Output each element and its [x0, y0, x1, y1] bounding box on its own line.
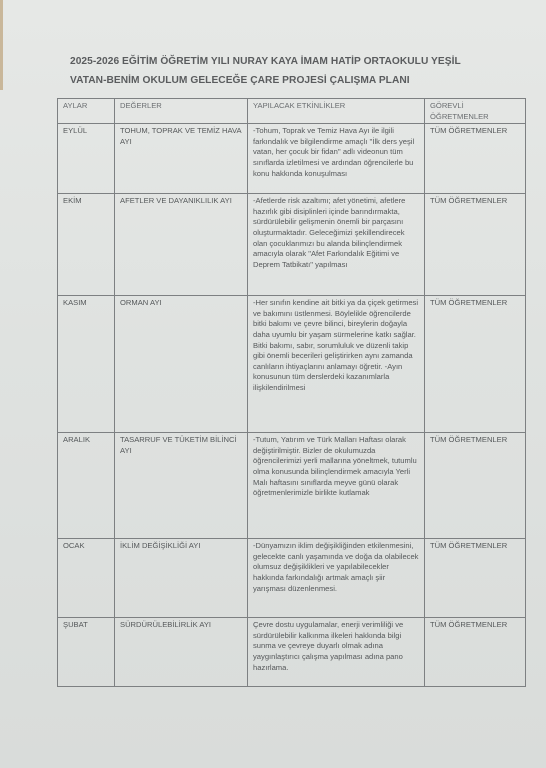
table-row: EKİM AFETLER VE DAYANIKLILIK AYI -Afetle… [58, 194, 526, 296]
activity-cell: -Afetlerde risk azaltımı; afet yönetimi,… [248, 194, 425, 296]
activity-cell: -Tohum, Toprak ve Temiz Hava Ayı ile ilg… [248, 124, 425, 194]
table-row: EYLÜL TOHUM, TOPRAK VE TEMİZ HAVA AYI -T… [58, 124, 526, 194]
activity-cell: Çevre dostu uygulamalar, enerji verimlil… [248, 618, 425, 687]
value-cell: İKLİM DEĞİŞİKLİĞİ AYI [115, 539, 248, 618]
header-months: AYLAR [58, 99, 115, 124]
teachers-cell: TÜM ÖĞRETMENLER [425, 296, 526, 433]
activity-cell: -Her sınıfın kendine ait bitki ya da çiç… [248, 296, 425, 433]
work-plan-table: AYLAR DEĞERLER YAPILACAK ETKİNLİKLER GÖR… [57, 98, 526, 687]
value-cell: TASARRUF VE TÜKETİM BİLİNCİ AYI [115, 433, 248, 539]
paper-edge [0, 0, 3, 90]
month-cell: ARALIK [58, 433, 115, 539]
teachers-cell: TÜM ÖĞRETMENLER [425, 618, 526, 687]
header-values: DEĞERLER [115, 99, 248, 124]
activity-cell: -Tutum, Yatırım ve Türk Malları Haftası … [248, 433, 425, 539]
activity-cell: -Dünyamızın iklim değişikliğinden etkile… [248, 539, 425, 618]
table-row: ARALIK TASARRUF VE TÜKETİM BİLİNCİ AYI -… [58, 433, 526, 539]
teachers-cell: TÜM ÖĞRETMENLER [425, 124, 526, 194]
month-cell: OCAK [58, 539, 115, 618]
table-header-row: AYLAR DEĞERLER YAPILACAK ETKİNLİKLER GÖR… [58, 99, 526, 124]
header-teachers: GÖREVLİ ÖĞRETMENLER [425, 99, 526, 124]
teachers-cell: TÜM ÖĞRETMENLER [425, 194, 526, 296]
month-cell: EYLÜL [58, 124, 115, 194]
table-row: OCAK İKLİM DEĞİŞİKLİĞİ AYI -Dünyamızın i… [58, 539, 526, 618]
value-cell: SÜRDÜRÜLEBİLİRLİK AYI [115, 618, 248, 687]
teachers-cell: TÜM ÖĞRETMENLER [425, 433, 526, 539]
month-cell: KASIM [58, 296, 115, 433]
value-cell: AFETLER VE DAYANIKLILIK AYI [115, 194, 248, 296]
title-line-2: VATAN-BENİM OKULUM GELECEĞE ÇARE PROJESİ… [70, 71, 530, 90]
title-line-1: 2025-2026 EĞİTİM ÖĞRETİM YILI NURAY KAYA… [70, 52, 530, 71]
value-cell: TOHUM, TOPRAK VE TEMİZ HAVA AYI [115, 124, 248, 194]
table-row: ŞUBAT SÜRDÜRÜLEBİLİRLİK AYI Çevre dostu … [58, 618, 526, 687]
month-cell: EKİM [58, 194, 115, 296]
table-row: KASIM ORMAN AYI -Her sınıfın kendine ait… [58, 296, 526, 433]
value-cell: ORMAN AYI [115, 296, 248, 433]
header-activities: YAPILACAK ETKİNLİKLER [248, 99, 425, 124]
document-title: 2025-2026 EĞİTİM ÖĞRETİM YILI NURAY KAYA… [70, 52, 530, 90]
month-cell: ŞUBAT [58, 618, 115, 687]
teachers-cell: TÜM ÖĞRETMENLER [425, 539, 526, 618]
